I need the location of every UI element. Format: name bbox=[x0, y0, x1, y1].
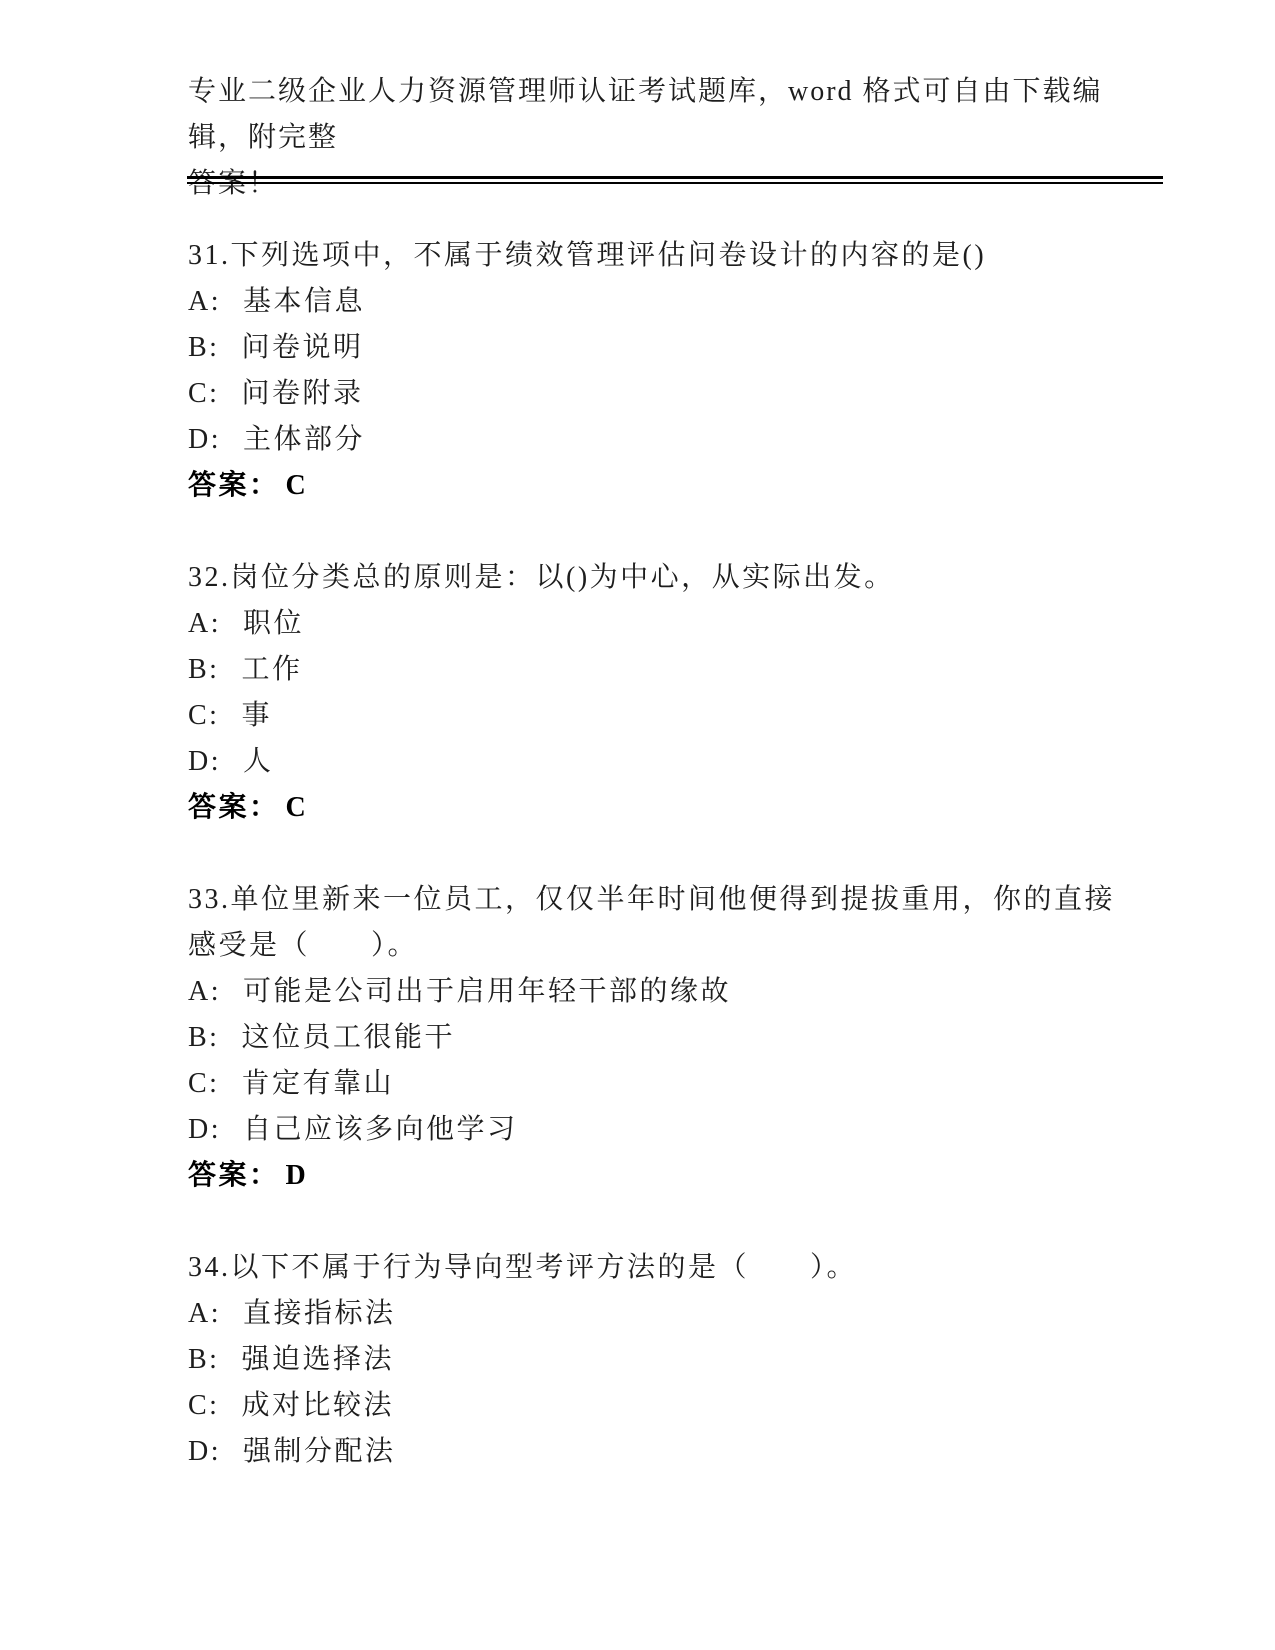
question-block-34: 34.以下不属于行为导向型考评方法的是（ ）。 A:直接指标法 B:强迫选择法 … bbox=[188, 1245, 1148, 1475]
question-block-31: 31.下列选项中，不属于绩效管理评估问卷设计的内容的是() A:基本信息 B:问… bbox=[188, 233, 1148, 509]
option-text: 人 bbox=[243, 746, 274, 777]
option-text: 职位 bbox=[243, 608, 304, 639]
answer-row: 答案：C bbox=[188, 463, 1148, 509]
answer-value: C bbox=[286, 470, 309, 501]
option-text: 问卷附录 bbox=[241, 378, 363, 409]
option-row-c: C:问卷附录 bbox=[188, 371, 1148, 417]
option-label: D: bbox=[188, 1114, 221, 1145]
option-label: C: bbox=[188, 1390, 219, 1421]
option-text: 工作 bbox=[241, 654, 302, 685]
header-text-line-2: 答案！ bbox=[188, 161, 1128, 207]
option-label: C: bbox=[188, 1068, 219, 1099]
option-row-a: A:直接指标法 bbox=[188, 1291, 1148, 1337]
question-text-line-2: 感受是（ ）。 bbox=[188, 923, 1148, 969]
answer-row: 答案：D bbox=[188, 1153, 1148, 1199]
option-text: 可能是公司出于启用年轻干部的缘故 bbox=[243, 976, 731, 1007]
option-label: D: bbox=[188, 424, 221, 455]
option-text: 基本信息 bbox=[243, 286, 365, 317]
option-text: 成对比较法 bbox=[241, 1390, 394, 1421]
header-divider bbox=[187, 176, 1163, 184]
option-text: 直接指标法 bbox=[243, 1298, 396, 1329]
option-label: A: bbox=[188, 1298, 221, 1329]
option-label: B: bbox=[188, 1344, 219, 1375]
option-row-b: B:这位员工很能干 bbox=[188, 1015, 1148, 1061]
answer-prefix: 答案： bbox=[188, 792, 280, 823]
option-row-b: B:强迫选择法 bbox=[188, 1337, 1148, 1383]
option-label: C: bbox=[188, 700, 219, 731]
option-row-a: A:可能是公司出于启用年轻干部的缘故 bbox=[188, 969, 1148, 1015]
option-label: B: bbox=[188, 654, 219, 685]
option-row-c: C:成对比较法 bbox=[188, 1383, 1148, 1429]
document-page: 专业二级企业人力资源管理师认证考试题库，word 格式可自由下载编辑，附完整 答… bbox=[0, 0, 1275, 1650]
option-text: 强制分配法 bbox=[243, 1436, 396, 1467]
option-row-a: A:职位 bbox=[188, 601, 1148, 647]
option-row-c: C:肯定有靠山 bbox=[188, 1061, 1148, 1107]
option-label: A: bbox=[188, 976, 221, 1007]
option-row-d: D:自己应该多向他学习 bbox=[188, 1107, 1148, 1153]
question-text: 34.以下不属于行为导向型考评方法的是（ ）。 bbox=[188, 1245, 1148, 1291]
option-label: C: bbox=[188, 378, 219, 409]
option-label: D: bbox=[188, 1436, 221, 1467]
option-row-d: D:强制分配法 bbox=[188, 1429, 1148, 1475]
option-text: 这位员工很能干 bbox=[241, 1022, 455, 1053]
option-label: B: bbox=[188, 332, 219, 363]
option-row-c: C:事 bbox=[188, 693, 1148, 739]
page-header: 专业二级企业人力资源管理师认证考试题库，word 格式可自由下载编辑，附完整 答… bbox=[188, 69, 1128, 207]
header-text-line-1: 专业二级企业人力资源管理师认证考试题库，word 格式可自由下载编辑，附完整 bbox=[188, 69, 1128, 161]
answer-prefix: 答案： bbox=[188, 1160, 280, 1191]
option-text: 事 bbox=[241, 700, 272, 731]
option-text: 肯定有靠山 bbox=[241, 1068, 394, 1099]
option-text: 自己应该多向他学习 bbox=[243, 1114, 518, 1145]
option-row-d: D:主体部分 bbox=[188, 417, 1148, 463]
answer-value: C bbox=[286, 792, 309, 823]
option-row-d: D:人 bbox=[188, 739, 1148, 785]
answer-row: 答案：C bbox=[188, 785, 1148, 831]
question-text: 31.下列选项中，不属于绩效管理评估问卷设计的内容的是() bbox=[188, 233, 1148, 279]
option-label: B: bbox=[188, 1022, 219, 1053]
option-label: A: bbox=[188, 608, 221, 639]
option-row-b: B:问卷说明 bbox=[188, 325, 1148, 371]
option-text: 强迫选择法 bbox=[241, 1344, 394, 1375]
answer-value: D bbox=[286, 1160, 309, 1191]
question-list: 31.下列选项中，不属于绩效管理评估问卷设计的内容的是() A:基本信息 B:问… bbox=[188, 233, 1148, 1521]
answer-prefix: 答案： bbox=[188, 470, 280, 501]
option-row-b: B:工作 bbox=[188, 647, 1148, 693]
option-text: 问卷说明 bbox=[241, 332, 363, 363]
option-text: 主体部分 bbox=[243, 424, 365, 455]
question-text-line-1: 33.单位里新来一位员工，仅仅半年时间他便得到提拔重用，你的直接 bbox=[188, 877, 1148, 923]
question-text: 32.岗位分类总的原则是：以()为中心，从实际出发。 bbox=[188, 555, 1148, 601]
option-label: A: bbox=[188, 286, 221, 317]
question-block-32: 32.岗位分类总的原则是：以()为中心，从实际出发。 A:职位 B:工作 C:事… bbox=[188, 555, 1148, 831]
question-block-33: 33.单位里新来一位员工，仅仅半年时间他便得到提拔重用，你的直接 感受是（ ）。… bbox=[188, 877, 1148, 1199]
option-label: D: bbox=[188, 746, 221, 777]
option-row-a: A:基本信息 bbox=[188, 279, 1148, 325]
